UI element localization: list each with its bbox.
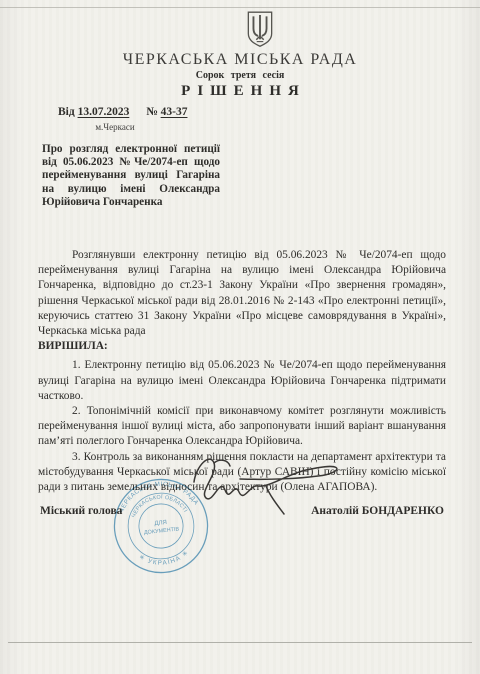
document-page: ЧЕРКАСЬКА МІСЬКА РАДА Сорок третя сесія … (0, 0, 480, 674)
scan-artifact-line-bottom (8, 642, 472, 643)
date-value: 13.07.2023 (78, 106, 130, 118)
city-label: м.Черкаси (70, 122, 160, 132)
decision-title: РІШЕННЯ (0, 83, 480, 100)
number-value: 43-37 (161, 106, 188, 118)
stamp-center-line1: ДЛЯ (154, 520, 167, 527)
coat-of-arms-icon (246, 10, 274, 48)
organization-name: ЧЕРКАСЬКА МІСЬКА РАДА (0, 51, 480, 69)
stamp-center-line2: ДОКУМЕНТІВ (144, 526, 180, 536)
document-header: ЧЕРКАСЬКА МІСЬКА РАДА Сорок третя сесія … (0, 10, 480, 100)
resolved-heading: ВИРІШИЛА: (38, 339, 446, 354)
date-label: Від (58, 106, 75, 118)
subject-block: Про розгляд електронної петиції від 05.0… (42, 143, 220, 209)
resolution-item: 2. Топонімічній комісії при виконавчому … (38, 404, 446, 450)
handwritten-signature (170, 448, 348, 520)
scan-artifact-line-top (0, 7, 480, 8)
meta-row: Від 13.07.2023 № 43-37 (58, 106, 187, 118)
number-label: № (146, 106, 158, 118)
resolution-item: 1. Електронну петицію від 05.06.2023 № Ч… (38, 358, 446, 404)
preamble-paragraph: Розглянувши електронну петицію від 05.06… (38, 248, 446, 339)
session-line: Сорок третя сесія (0, 70, 480, 81)
